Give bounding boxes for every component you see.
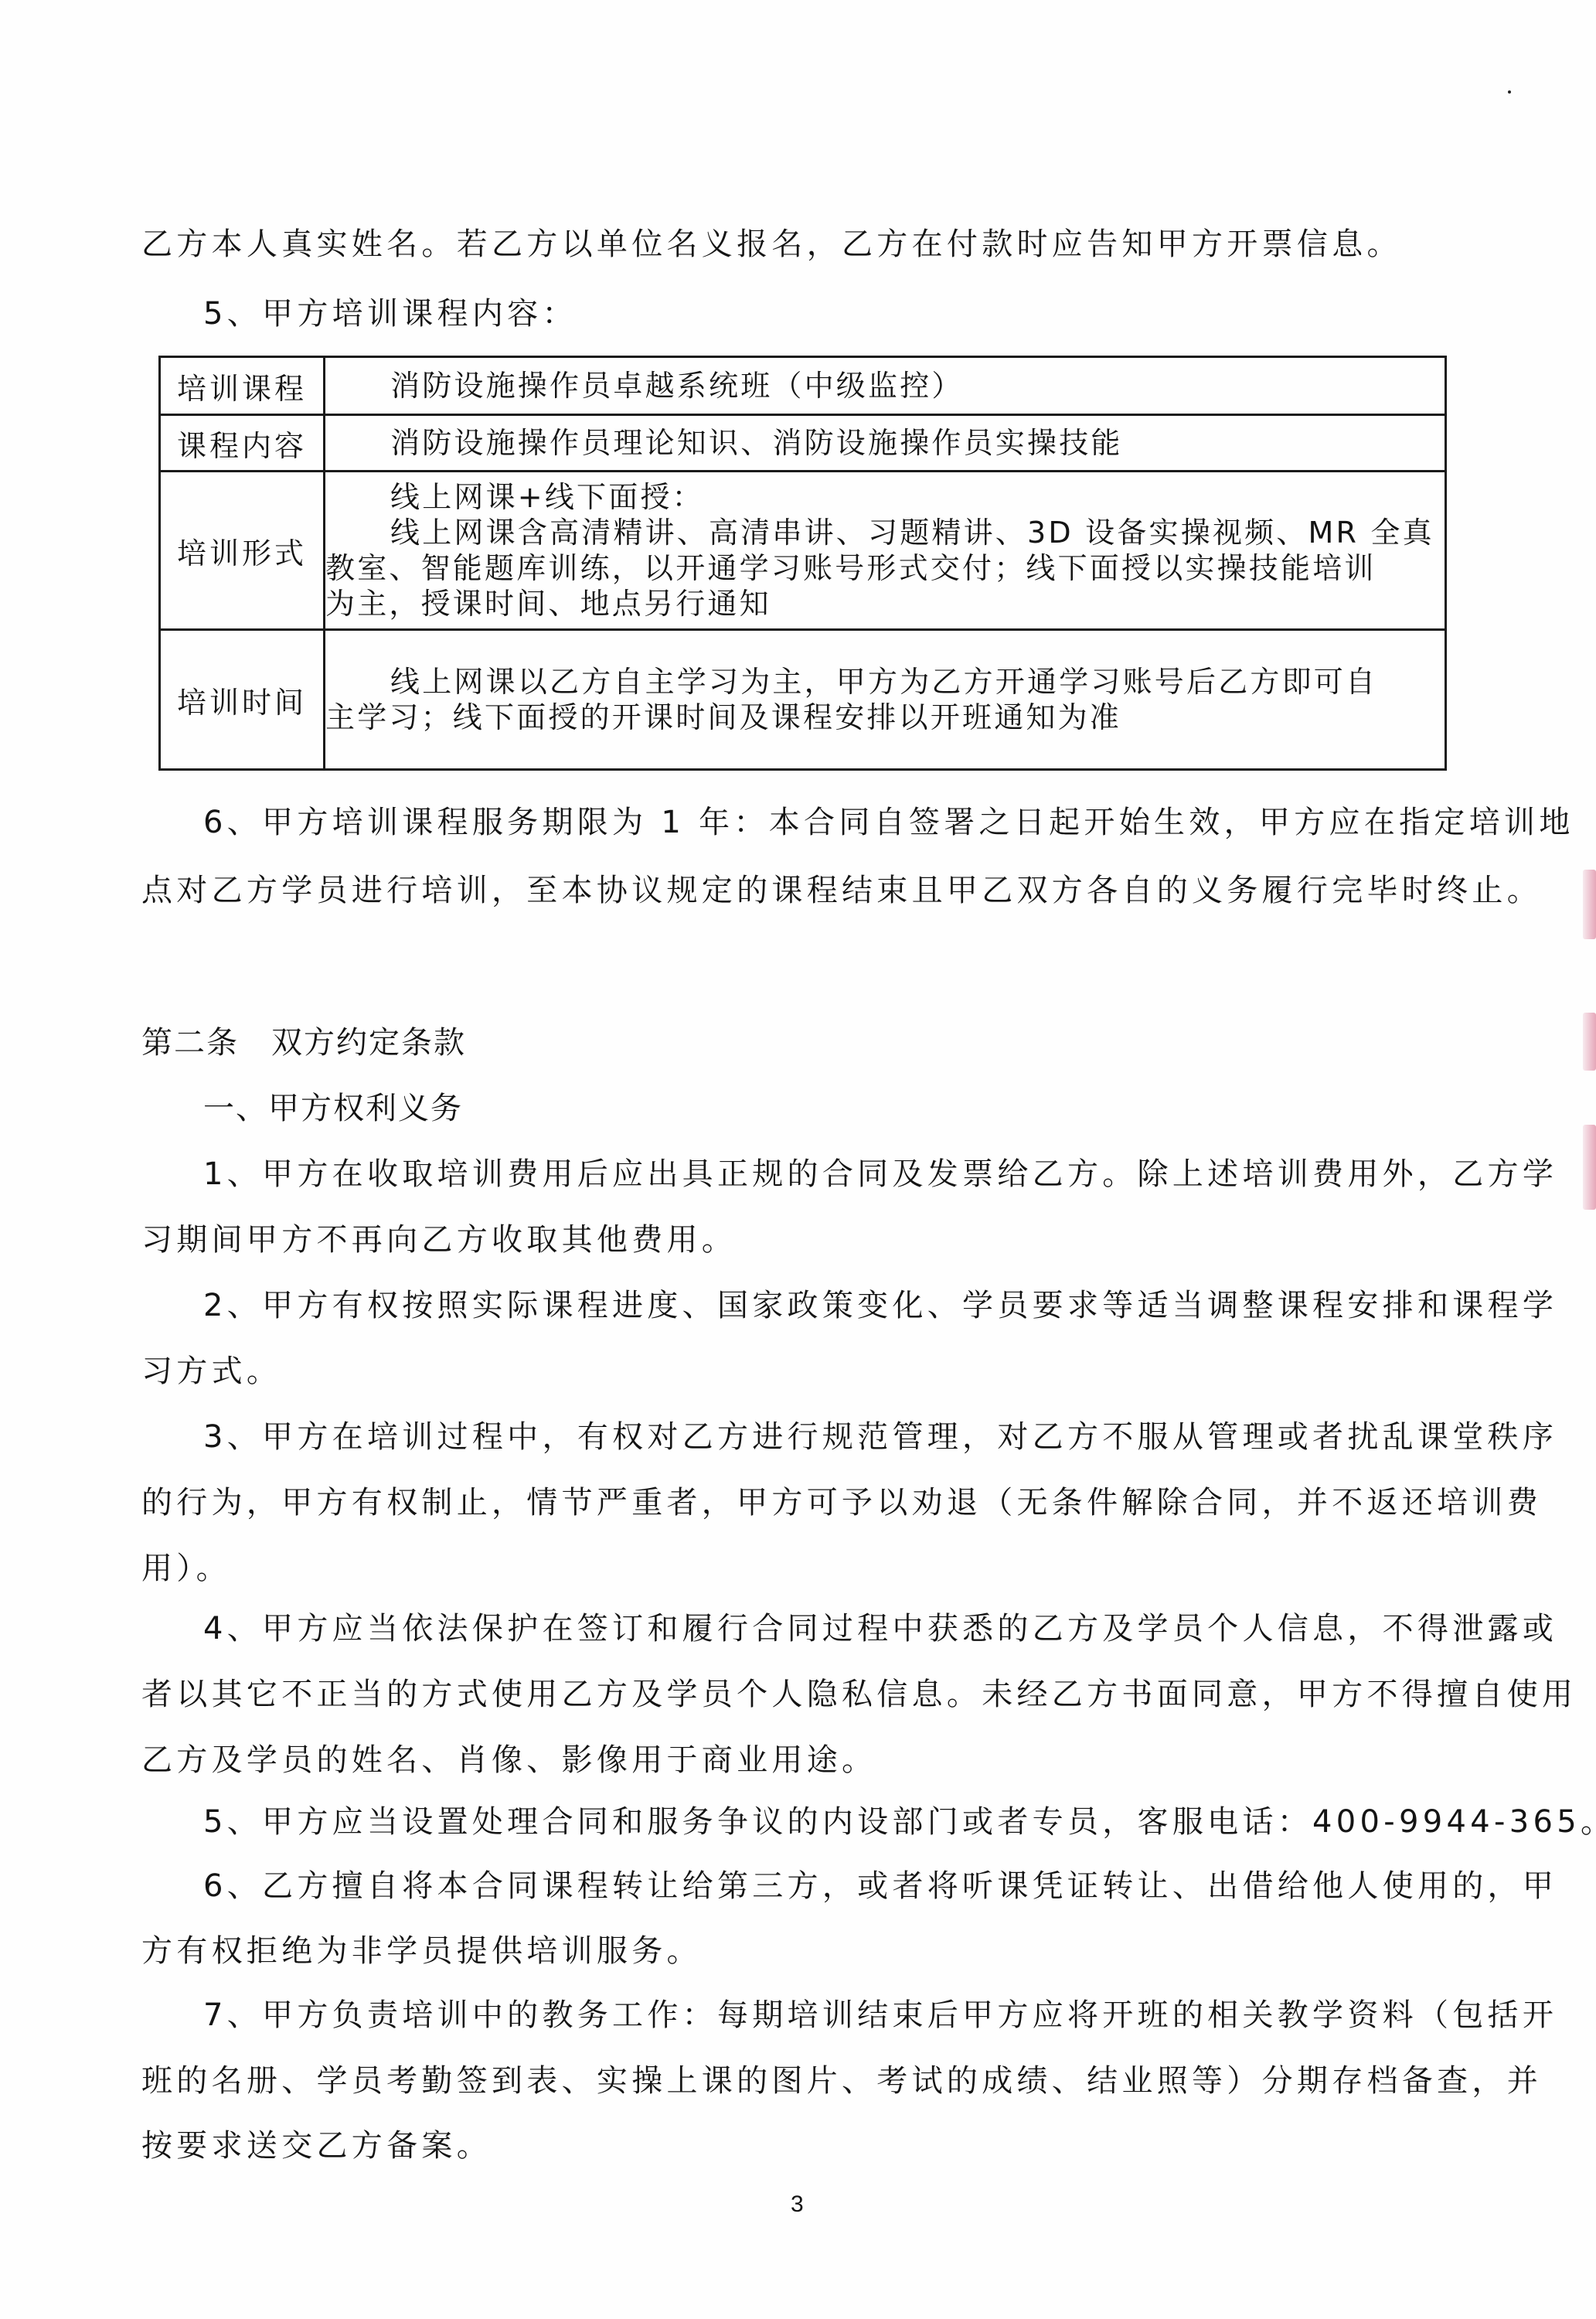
clause-3-line-1: 3、甲方在培训过程中，有权对乙方进行规范管理，对乙方不服从管理或者扰乱课堂秩序 — [203, 1418, 1533, 1456]
intro-line: 乙方本人真实姓名。若乙方以单位名义报名，乙方在付款时应告知甲方开票信息。 — [141, 226, 1471, 263]
seal-stamp-edge — [1583, 1125, 1596, 1210]
clause-3-line-3: 用）。 — [141, 1550, 1471, 1587]
clause-6-line-2: 方有权拒绝为非学员提供培训服务。 — [141, 1932, 1471, 1970]
clause-2-line-2: 习方式。 — [141, 1353, 1471, 1390]
table-row: 培训时间 线上网课以乙方自主学习为主，甲方为乙方开通学习账号后乙方即可自 主学习… — [160, 630, 1446, 770]
table-row: 培训课程 消防设施操作员卓越系统班（中级监控） — [160, 357, 1446, 415]
clause-4-line-3: 乙方及学员的姓名、肖像、影像用于商业用途。 — [141, 1742, 1471, 1779]
row-label: 培训时间 — [160, 630, 325, 770]
clause-5-line-1: 5、甲方应当设置处理合同和服务争议的内设部门或者专员，客服电话：400-9944… — [203, 1803, 1533, 1841]
item6-line-1: 6、甲方培训课程服务期限为 1 年：本合同自签署之日起开始生效，甲方应在指定培训… — [203, 804, 1533, 841]
scan-speck — [1508, 90, 1511, 94]
clause-6-line-1: 6、乙方擅自将本合同课程转让给第三方，或者将听课凭证转让、出借给他人使用的，甲 — [203, 1868, 1533, 1905]
table-row: 培训形式 线上网课+线下面授： 线上网课含高清精讲、高清串讲、习题精讲、3D 设… — [160, 472, 1446, 630]
row-value: 消防设施操作员理论知识、消防设施操作员实操技能 — [325, 415, 1446, 472]
clause-3-line-2: 的行为，甲方有权制止，情节严重者，甲方可予以劝退（无条件解除合同，并不返还培训费 — [141, 1484, 1471, 1521]
clause-2-line-1: 2、甲方有权按照实际课程进度、国家政策变化、学员要求等适当调整课程安排和课程学 — [203, 1287, 1533, 1324]
clause-1-line-2: 习期间甲方不再向乙方收取其他费用。 — [141, 1221, 1471, 1258]
clause-4-line-2: 者以其它不正当的方式使用乙方及学员个人隐私信息。未经乙方书面同意，甲方不得擅自使… — [141, 1676, 1471, 1713]
course-table: 培训课程 消防设施操作员卓越系统班（中级监控） 课程内容 消防设施操作员理论知识… — [158, 356, 1447, 771]
item5-title: 5、甲方培训课程内容： — [203, 295, 1533, 332]
page-number: 3 — [791, 2191, 804, 2218]
row-value: 线上网课以乙方自主学习为主，甲方为乙方开通学习账号后乙方即可自 主学习；线下面授… — [325, 630, 1446, 770]
seal-stamp-edge — [1583, 1013, 1596, 1071]
clause-4-line-1: 4、甲方应当依法保护在签订和履行合同过程中获悉的乙方及学员个人信息，不得泄露或 — [203, 1610, 1533, 1647]
article2-title: 第二条 双方约定条款 — [141, 1024, 1471, 1061]
clause-7-line-1: 7、甲方负责培训中的教务工作：每期培训结束后甲方应将开班的相关教学资料（包括开 — [203, 1997, 1533, 2034]
row-value: 消防设施操作员卓越系统班（中级监控） — [325, 357, 1446, 415]
document-page: 乙方本人真实姓名。若乙方以单位名义报名，乙方在付款时应告知甲方开票信息。 5、甲… — [0, 0, 1596, 2319]
seal-stamp-edge — [1583, 870, 1596, 939]
row-label: 培训课程 — [160, 357, 325, 415]
row-label: 课程内容 — [160, 415, 325, 472]
row-label: 培训形式 — [160, 472, 325, 630]
row-value: 线上网课+线下面授： 线上网课含高清精讲、高清串讲、习题精讲、3D 设备实操视频… — [325, 472, 1446, 630]
clause-7-line-2: 班的名册、学员考勤签到表、实操上课的图片、考试的成绩、结业照等）分期存档备查，并 — [141, 2062, 1471, 2099]
clause-7-line-3: 按要求送交乙方备案。 — [141, 2127, 1471, 2164]
table-row: 课程内容 消防设施操作员理论知识、消防设施操作员实操技能 — [160, 415, 1446, 472]
section1-title: 一、甲方权利义务 — [203, 1090, 1533, 1127]
clause-1-line-1: 1、甲方在收取培训费用后应出具正规的合同及发票给乙方。除上述培训费用外，乙方学 — [203, 1156, 1533, 1193]
item6-line-2: 点对乙方学员进行培训，至本协议规定的课程结束且甲乙双方各自的义务履行完毕时终止。 — [141, 872, 1471, 909]
